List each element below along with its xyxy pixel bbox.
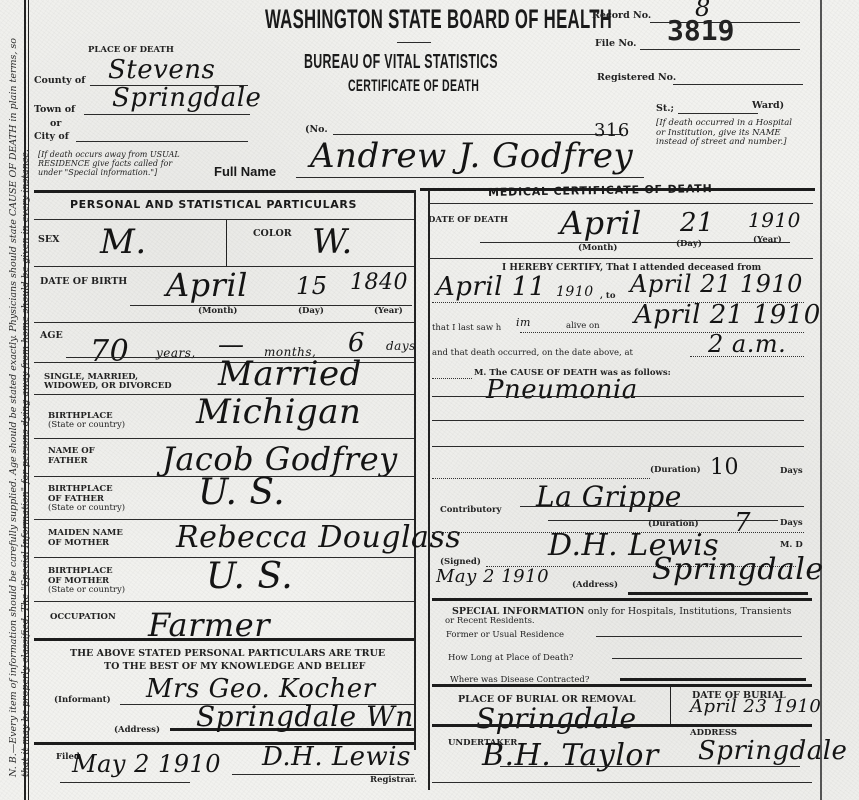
row-rule — [34, 219, 414, 220]
color-label: COLOR — [253, 228, 292, 239]
mother-birthplace-caption: (State or country) — [48, 585, 125, 595]
special-heading-line-2: or Recent Residents. — [445, 616, 535, 626]
last-saw-date: April 21 1910 — [634, 300, 821, 330]
father-label-1: NAME OF — [48, 446, 95, 456]
medical-address-line — [628, 592, 808, 595]
county-label: County of — [34, 75, 85, 86]
mother-label-1: MAIDEN NAME — [48, 528, 123, 538]
burial-rule — [432, 684, 812, 687]
undertaker-line — [500, 766, 800, 767]
number-label: (No. — [305, 124, 328, 135]
full-name-line — [296, 177, 644, 178]
file-no-line — [640, 49, 800, 50]
left-border-inner — [28, 0, 29, 800]
duration-label: (Duration) — [650, 465, 701, 475]
birthplace-caption: (State or country) — [48, 420, 125, 430]
burial-place-value: Springdale — [476, 702, 637, 735]
attest-rule — [34, 638, 414, 641]
board-title: WASHINGTON STATE BOARD OF HEALTH — [265, 4, 612, 35]
informant-label: (Informant) — [54, 695, 111, 705]
dod-year-caption: (Year) — [753, 235, 782, 245]
marginal-number: 316 — [594, 120, 630, 141]
occupation-label: OCCUPATION — [50, 612, 116, 622]
mother-birthplace-value: U. S. — [206, 556, 293, 597]
ward-label: Ward) — [752, 100, 784, 111]
file-no-label: File No. — [595, 38, 636, 49]
cause-line-2 — [432, 420, 804, 421]
medical-address-value: Springdale — [652, 552, 824, 587]
right-border — [820, 0, 822, 800]
residence-note: [If death occurs away from USUAL RESIDEN… — [38, 150, 198, 177]
dob-month-caption: (Month) — [198, 306, 237, 316]
town-label: Town of — [34, 104, 75, 115]
dob-label: DATE OF BIRTH — [40, 276, 127, 287]
burial-divider — [670, 686, 671, 726]
sex-value: M. — [100, 222, 147, 262]
to-label: , to — [600, 291, 616, 301]
time-line — [690, 356, 804, 357]
attest-line-1: THE ABOVE STATED PERSONAL PARTICULARS AR… — [70, 648, 385, 659]
former-residence-label: Former or Usual Residence — [446, 630, 564, 640]
dob-year-caption: (Year) — [374, 306, 403, 316]
file-no-value: 3819 — [667, 14, 734, 47]
city-label: City of — [34, 131, 69, 142]
medical-address-label: (Address) — [572, 580, 618, 590]
cause-value: Pneumonia — [486, 375, 638, 405]
certificate-title: CERTIFICATE OF DEATH — [348, 76, 479, 96]
county-value: Stevens — [108, 55, 215, 85]
contributory-line — [520, 506, 804, 507]
marital-value: Married — [218, 354, 362, 394]
place-of-death-heading: PLACE OF DEATH — [88, 45, 174, 55]
center-divider-2 — [428, 190, 430, 790]
dob-month: April — [166, 266, 248, 304]
dod-day-caption: (Day) — [676, 239, 702, 249]
medical-heading: MEDICAL CERTIFICATE OF DEATH — [488, 182, 713, 199]
undertaker-rule — [432, 724, 812, 727]
age-label: AGE — [40, 330, 63, 341]
mother-label-2: OF MOTHER — [48, 538, 109, 548]
sex-label: SEX — [38, 234, 59, 245]
undertaker-address-value: Springdale — [698, 736, 847, 766]
dob-day: 15 — [296, 272, 328, 300]
signed-date: May 2 1910 — [436, 566, 549, 587]
death-certificate: N. B.—Every item of information should b… — [0, 0, 859, 800]
md-label: M. D — [780, 540, 803, 550]
time-value: 2 a.m. — [708, 330, 786, 358]
how-long-label: How Long at Place of Death? — [448, 653, 573, 663]
dod-month: April — [560, 204, 642, 242]
row-rule — [428, 258, 813, 259]
hospital-note: [If death occurred in a Hospital or Inst… — [656, 119, 800, 148]
disease-contracted-line — [620, 678, 806, 681]
contributory-duration-value: 7 — [734, 508, 751, 538]
father-label-2: FATHER — [48, 456, 88, 466]
dob-day-caption: (Day) — [298, 306, 324, 316]
city-line — [76, 141, 248, 142]
cause-line-3 — [432, 446, 804, 447]
duration-line — [432, 478, 650, 479]
contributory-days-label: Days — [780, 518, 803, 528]
marital-label-2: WIDOWED, OR DIVORCED — [44, 381, 172, 391]
informant-address-label: (Address) — [114, 725, 160, 735]
town-value: Springdale — [112, 83, 261, 113]
record-no-label: Record No. — [592, 10, 651, 21]
former-residence-line — [596, 636, 802, 637]
attended-from-year: 1910 — [556, 284, 594, 300]
last-saw-pronoun: im — [516, 316, 531, 329]
father-birthplace-value: U. S. — [198, 472, 285, 513]
dob-year: 1840 — [350, 270, 408, 295]
dod-day: 21 — [680, 208, 714, 238]
father-birthplace-label-1: BIRTHPLACE — [48, 484, 113, 494]
cause-m-line — [432, 378, 472, 379]
title-rule — [397, 42, 431, 43]
or-label: or — [50, 118, 61, 129]
dod-line — [480, 242, 790, 243]
registered-no-line — [673, 84, 803, 85]
bottom-rule — [432, 782, 812, 783]
contributory-value: La Grippe — [536, 480, 682, 513]
row-rule — [34, 322, 414, 323]
dod-year: 1910 — [748, 208, 801, 232]
last-saw-label: that I last saw h — [432, 323, 501, 333]
age-years: 70 — [90, 334, 129, 369]
mother-birthplace-label-1: BIRTHPLACE — [48, 566, 113, 576]
occurred-label: and that death occurred, on the date abo… — [432, 348, 633, 358]
row-rule — [34, 438, 414, 439]
st-label: St.; — [656, 103, 674, 114]
row-rule — [34, 601, 414, 602]
bureau-title: BUREAU OF VITAL STATISTICS — [304, 51, 498, 74]
full-name-label: Full Name — [214, 164, 276, 179]
mother-value: Rebecca Douglass — [176, 520, 461, 555]
section-rule-left — [34, 190, 416, 193]
color-value: W. — [312, 222, 353, 262]
dob-line — [130, 305, 412, 306]
full-name-value: Andrew J. Godfrey — [310, 136, 633, 176]
filed-line — [60, 782, 190, 783]
how-long-line — [612, 658, 802, 659]
registrar-signature: D.H. Lewis — [262, 742, 411, 772]
special-rule — [432, 598, 812, 601]
burial-date-value: April 23 1910 — [690, 696, 821, 717]
attended-to: April 21 1910 — [630, 270, 803, 298]
left-border — [24, 0, 26, 800]
contributory-label: Contributory — [440, 505, 501, 515]
informant-address-value: Springdale Wn — [196, 700, 414, 733]
attest-line-2: TO THE BEST OF MY KNOWLEDGE AND BELIEF — [104, 661, 365, 672]
undertaker-value: B.H. Taylor — [482, 738, 659, 773]
sex-color-divider — [226, 220, 227, 266]
registrar-label: Registrar. — [370, 775, 417, 785]
personal-heading: PERSONAL AND STATISTICAL PARTICULARS — [70, 198, 357, 211]
birthplace-value: Michigan — [196, 392, 361, 432]
dod-label: DATE OF DEATH — [428, 215, 508, 225]
center-divider — [414, 190, 416, 750]
street-line — [333, 134, 623, 135]
registered-no-label: Registered No. — [597, 72, 676, 83]
dod-month-caption: (Month) — [578, 243, 617, 253]
attended-from: April 11 — [436, 272, 546, 302]
father-birthplace-caption: (State or country) — [48, 503, 125, 513]
duration-value: 10 — [710, 455, 739, 480]
duration-days-label: Days — [780, 466, 803, 476]
ward-line — [678, 113, 758, 114]
special-heading-rest: only for Hospitals, Institutions, Transi… — [588, 606, 792, 617]
filed-date: May 2 1910 — [72, 750, 221, 778]
town-line — [84, 114, 250, 115]
cause-line-1 — [432, 396, 804, 397]
days-label: days — [386, 339, 416, 353]
alive-on-label: alive on — [566, 321, 600, 331]
